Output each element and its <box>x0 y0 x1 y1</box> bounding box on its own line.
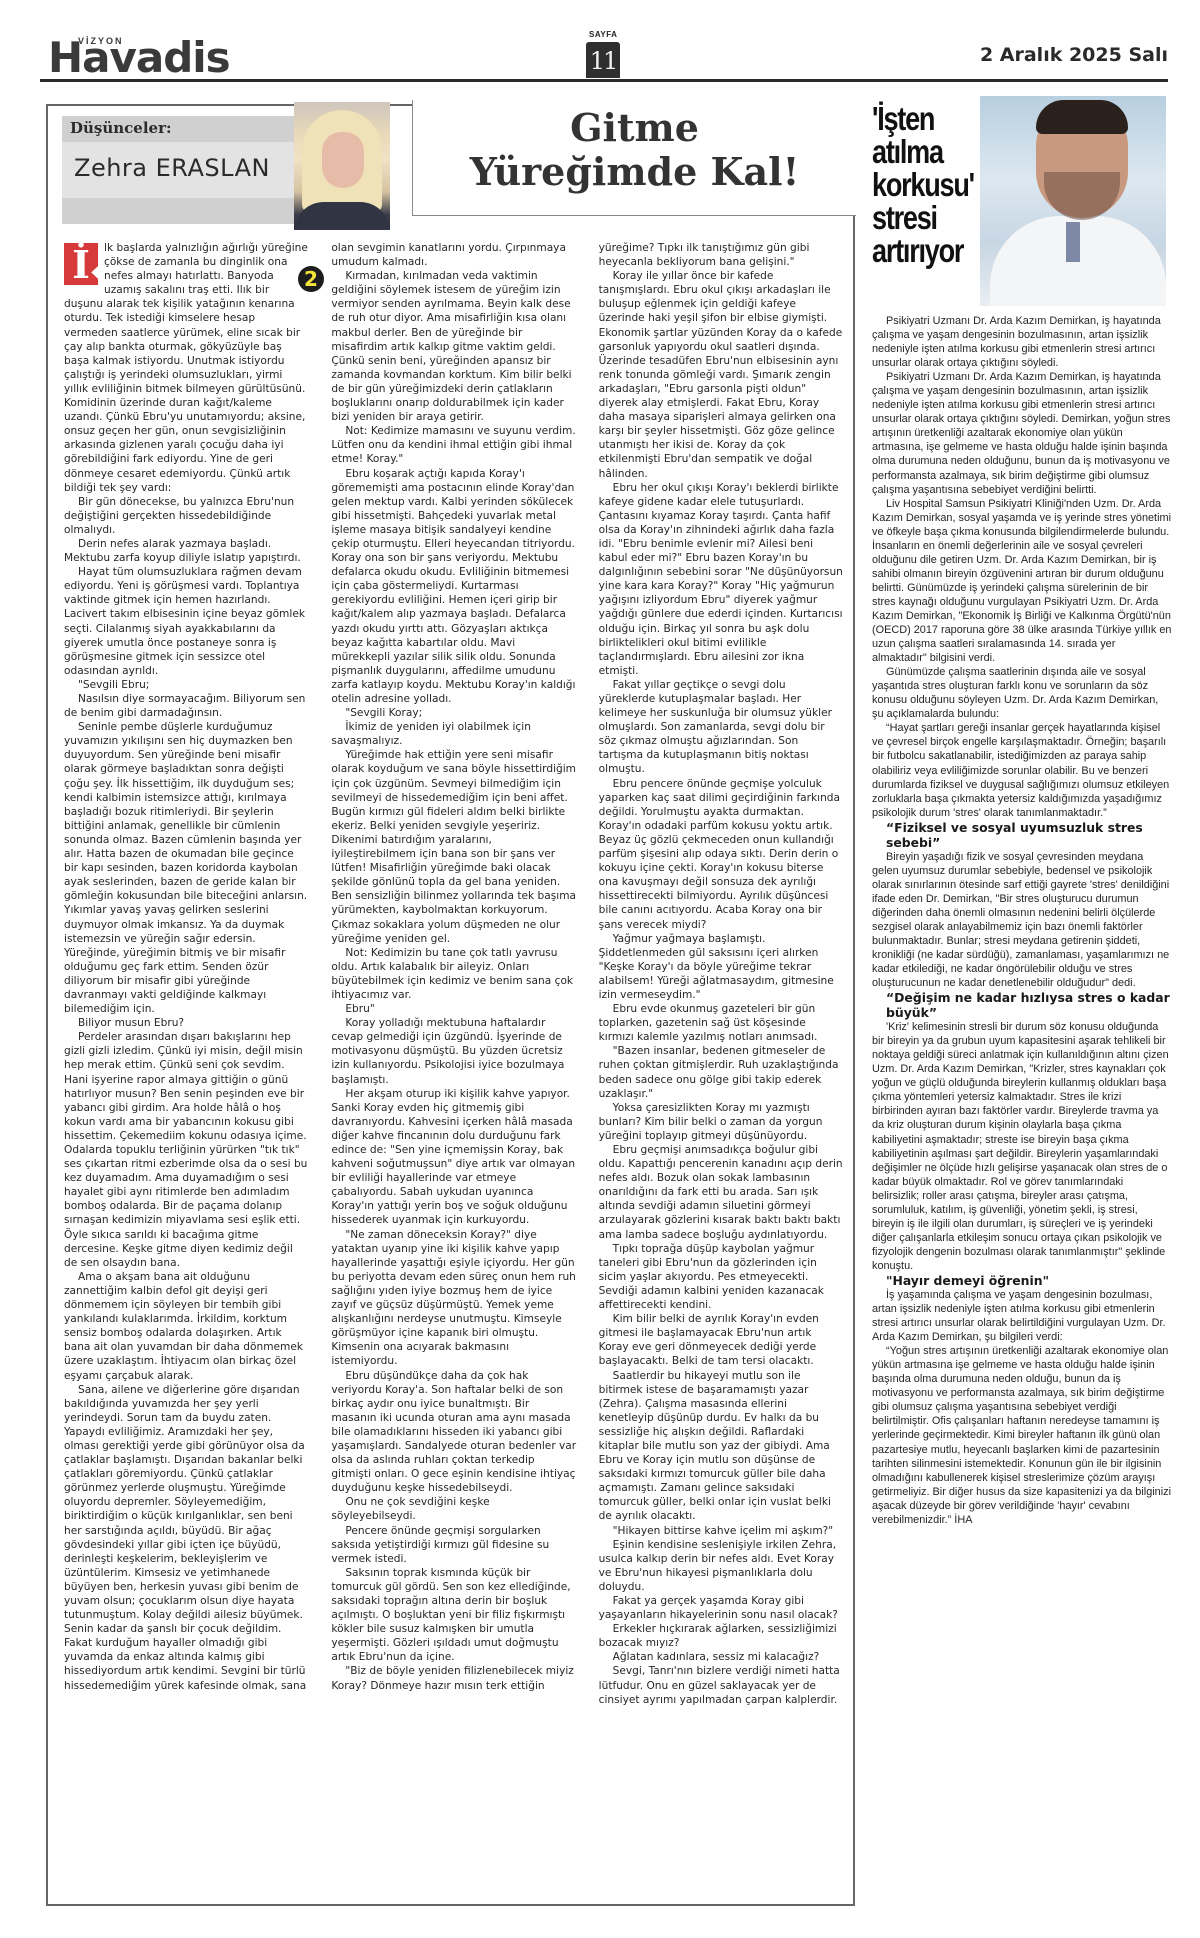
story-paragraph: İlk başlarda yalnızlığın ağırlığı yüreği… <box>64 241 309 495</box>
headline-line-2: Yüreğimde Kal! <box>470 149 800 194</box>
side-headline-line: stresi <box>872 199 937 236</box>
article-headline: Gitme Yüreğimde Kal! <box>413 106 856 194</box>
side-article-body: Psikiyatri Uzmanı Dr. Arda Kazım Demirka… <box>872 314 1172 1527</box>
side-subheading: "Hayır demeyi öğrenin" <box>872 1273 1172 1288</box>
issue-date: 2 Aralık 2025 Salı <box>980 44 1168 66</box>
story-paragraph: Ağlatan kadınlara, sessiz mi kalacağız? <box>599 1650 844 1664</box>
author-photo <box>294 102 390 230</box>
story-paragraph: Erkekler hıçkırarak ağlarken, sessizliği… <box>599 1622 844 1650</box>
side-headline-line: 'İşten <box>872 100 934 137</box>
story-paragraph: Ebru pencere önünde geçmişe yolculuk yap… <box>599 777 844 932</box>
side-paragraph: “Hayat şartları gereği insanlar gerçek h… <box>872 721 1172 819</box>
story-paragraph: Perdeler arasından dışarı bakışlarını he… <box>64 1030 309 1270</box>
story-paragraph: Koray yolladığı mektubuna haftalardır ce… <box>331 1016 576 1086</box>
side-paragraph: Psikiyatri Uzmanı Dr. Arda Kazım Demirka… <box>872 370 1172 496</box>
story-paragraph: Not: Kedimizin bu tane çok tatlı yavrusu… <box>331 946 576 1002</box>
side-paragraph: “Yoğun stres artışının üretkenliği azalt… <box>872 1344 1172 1527</box>
story-paragraph: Sevgi, Tanrı'nın bizlere verdiği nimeti … <box>599 1664 844 1706</box>
masthead: VİZYON Havadis SAYFA 11 2 Aralık 2025 Sa… <box>40 20 1168 82</box>
story-paragraph: Ebru evde okunmuş gazeteleri bir gün top… <box>599 1002 844 1044</box>
story-paragraph: Saatlerdir bu hikayeyi mutlu son ile bit… <box>599 1369 844 1524</box>
story-paragraph: Saksının toprak kısmında küçük bir tomur… <box>331 1566 576 1665</box>
story-paragraph: Pencere önünde geçmişi sorgularken saksı… <box>331 1524 576 1566</box>
story-paragraph: Ebru düşündükçe daha da çok hak veriyord… <box>331 1369 576 1496</box>
author-photo-face <box>322 132 364 188</box>
story-paragraph: Onu ne çok sevdiğini keşke söyleyebilsey… <box>331 1495 576 1523</box>
side-article-headline: 'İştenatılmakorkusu'stresiartırıyor <box>872 102 970 267</box>
story-paragraph: Seninle pembe düşlerle kurduğumuz yuvamı… <box>64 720 309 1016</box>
story-paragraph: Ebru" <box>331 1002 576 1016</box>
section-label: Düşünceler: <box>70 119 172 137</box>
story-paragraph: Ebru geçmişi anımsadıkça boğulur gibi ol… <box>599 1143 844 1242</box>
side-paragraph: Psikiyatri Uzmanı Dr. Arda Kazım Demirka… <box>872 314 1172 370</box>
doctor-photo-beard <box>1044 172 1120 220</box>
story-body: İlk başlarda yalnızlığın ağırlığı yüreği… <box>64 241 844 1896</box>
side-headline-line: artırıyor <box>872 232 963 269</box>
story-paragraph: Kim bilir belki de ayrılık Koray'ın evde… <box>599 1312 844 1368</box>
doctor-photo-collar <box>1066 222 1080 262</box>
side-news-article: 'İştenatılmakorkusu'stresiartırıyor Psik… <box>872 96 1172 1926</box>
side-subheading: “Değişim ne kadar hızlıysa stres o kadar… <box>872 990 1172 1020</box>
page-number: 11 <box>586 42 620 78</box>
headline-box: Gitme Yüreğimde Kal! <box>412 100 856 216</box>
story-paragraph: Kırmadan, kırılmadan veda vaktimin geldi… <box>331 269 576 424</box>
story-paragraph: Biliyor musun Ebru? <box>64 1016 309 1030</box>
story-paragraph: Fakat ya gerçek yaşamda Koray gibi yaşay… <box>599 1594 844 1622</box>
story-paragraph: Not: Kedimize mamasını ve suyunu verdim.… <box>331 424 576 466</box>
page-label: SAYFA <box>589 30 617 39</box>
story-paragraph: Fakat yıllar geçtikçe o sevgi dolu yürek… <box>599 678 844 777</box>
story-paragraph-text: lk başlarda yalnızlığın ağırlığı yüreğin… <box>64 242 308 494</box>
story-paragraph: Ebru koşarak açtığı kapıda Koray'ı görem… <box>331 467 576 707</box>
story-paragraph: Yüreğimde hak ettiğin yere seni misafir … <box>331 748 576 945</box>
side-paragraph: Bireyin yaşadığı fizik ve sosyal çevresi… <box>872 850 1172 990</box>
author-photo-shoulders <box>294 202 390 230</box>
side-paragraph: İş yaşamında çalışma ve yaşam dengesinin… <box>872 1288 1172 1344</box>
side-subheading: “Fiziksel ve sosyal uyumsuzluk stres seb… <box>872 820 1172 850</box>
story-paragraph: Tıpkı toprağa düşüp kaybolan yağmur tane… <box>599 1242 844 1312</box>
story-paragraph: "Hikayen bittirse kahve içelim mi aşkım?… <box>599 1524 844 1538</box>
story-paragraph: Ama o akşam bana ait olduğunu zannettiği… <box>64 1270 309 1383</box>
doctor-photo-hair <box>1036 100 1128 134</box>
side-headline-line: korkusu' <box>872 166 974 203</box>
side-paragraph: Günümüzde çalışma saatlerinin dışında ai… <box>872 665 1172 721</box>
story-paragraph: "Ne zaman döneceksin Koray?" diye yatakt… <box>331 1228 576 1369</box>
byline-panel: Düşünceler: Zehra ERASLAN <box>62 116 385 224</box>
headline-line-1: Gitme <box>570 105 699 150</box>
drop-cap: İ <box>64 243 98 285</box>
doctor-photo <box>980 96 1166 306</box>
side-paragraph: Liv Hospital Samsun Psikiyatri Kliniği'n… <box>872 497 1172 666</box>
author-name: Zehra ERASLAN <box>74 154 270 182</box>
story-paragraph: Ebru her okul çıkışı Koray'ı beklerdi bi… <box>599 481 844 678</box>
story-paragraph: Bir gün dönecekse, bu yalnızca Ebru'nun … <box>64 495 309 537</box>
story-paragraph: "Bazen insanlar, bedenen gitmeseler de r… <box>599 1044 844 1100</box>
story-paragraph: Hayat tüm olumsuzluklara rağmen devam ed… <box>64 565 309 678</box>
opinion-column: Düşünceler: Zehra ERASLAN Gitme Yüreğimd… <box>46 104 855 1906</box>
story-paragraph: Yoksa çaresizlikten Koray mı yazmıştı bu… <box>599 1101 844 1143</box>
story-paragraph: "Sevgili Ebru; <box>64 678 309 692</box>
story-paragraph: Derin nefes alarak yazmaya başladı. Mekt… <box>64 537 309 565</box>
side-paragraph: 'Kriz' kelimesinin stresli bir durum söz… <box>872 1020 1172 1273</box>
story-paragraph: Eşinin kendisine seslenişiyle irkilen Ze… <box>599 1538 844 1594</box>
story-paragraph: "Sevgili Koray; <box>331 706 576 720</box>
story-paragraph: Koray ile yıllar önce bir kafede tanışmı… <box>599 269 844 480</box>
logo-title: Havadis <box>48 38 230 78</box>
side-headline-line: atılma <box>872 133 943 170</box>
story-paragraph: Yağmur yağmaya başlamıştı. Şiddetlenmede… <box>599 932 844 1002</box>
story-paragraph: İkimiz de yeniden iyi olabilmek için sav… <box>331 720 576 748</box>
story-paragraph: Nasılsın diye sormayacağım. Biliyorum se… <box>64 692 309 720</box>
story-paragraph: Her akşam oturup iki kişilik kahve yapıy… <box>331 1087 576 1228</box>
